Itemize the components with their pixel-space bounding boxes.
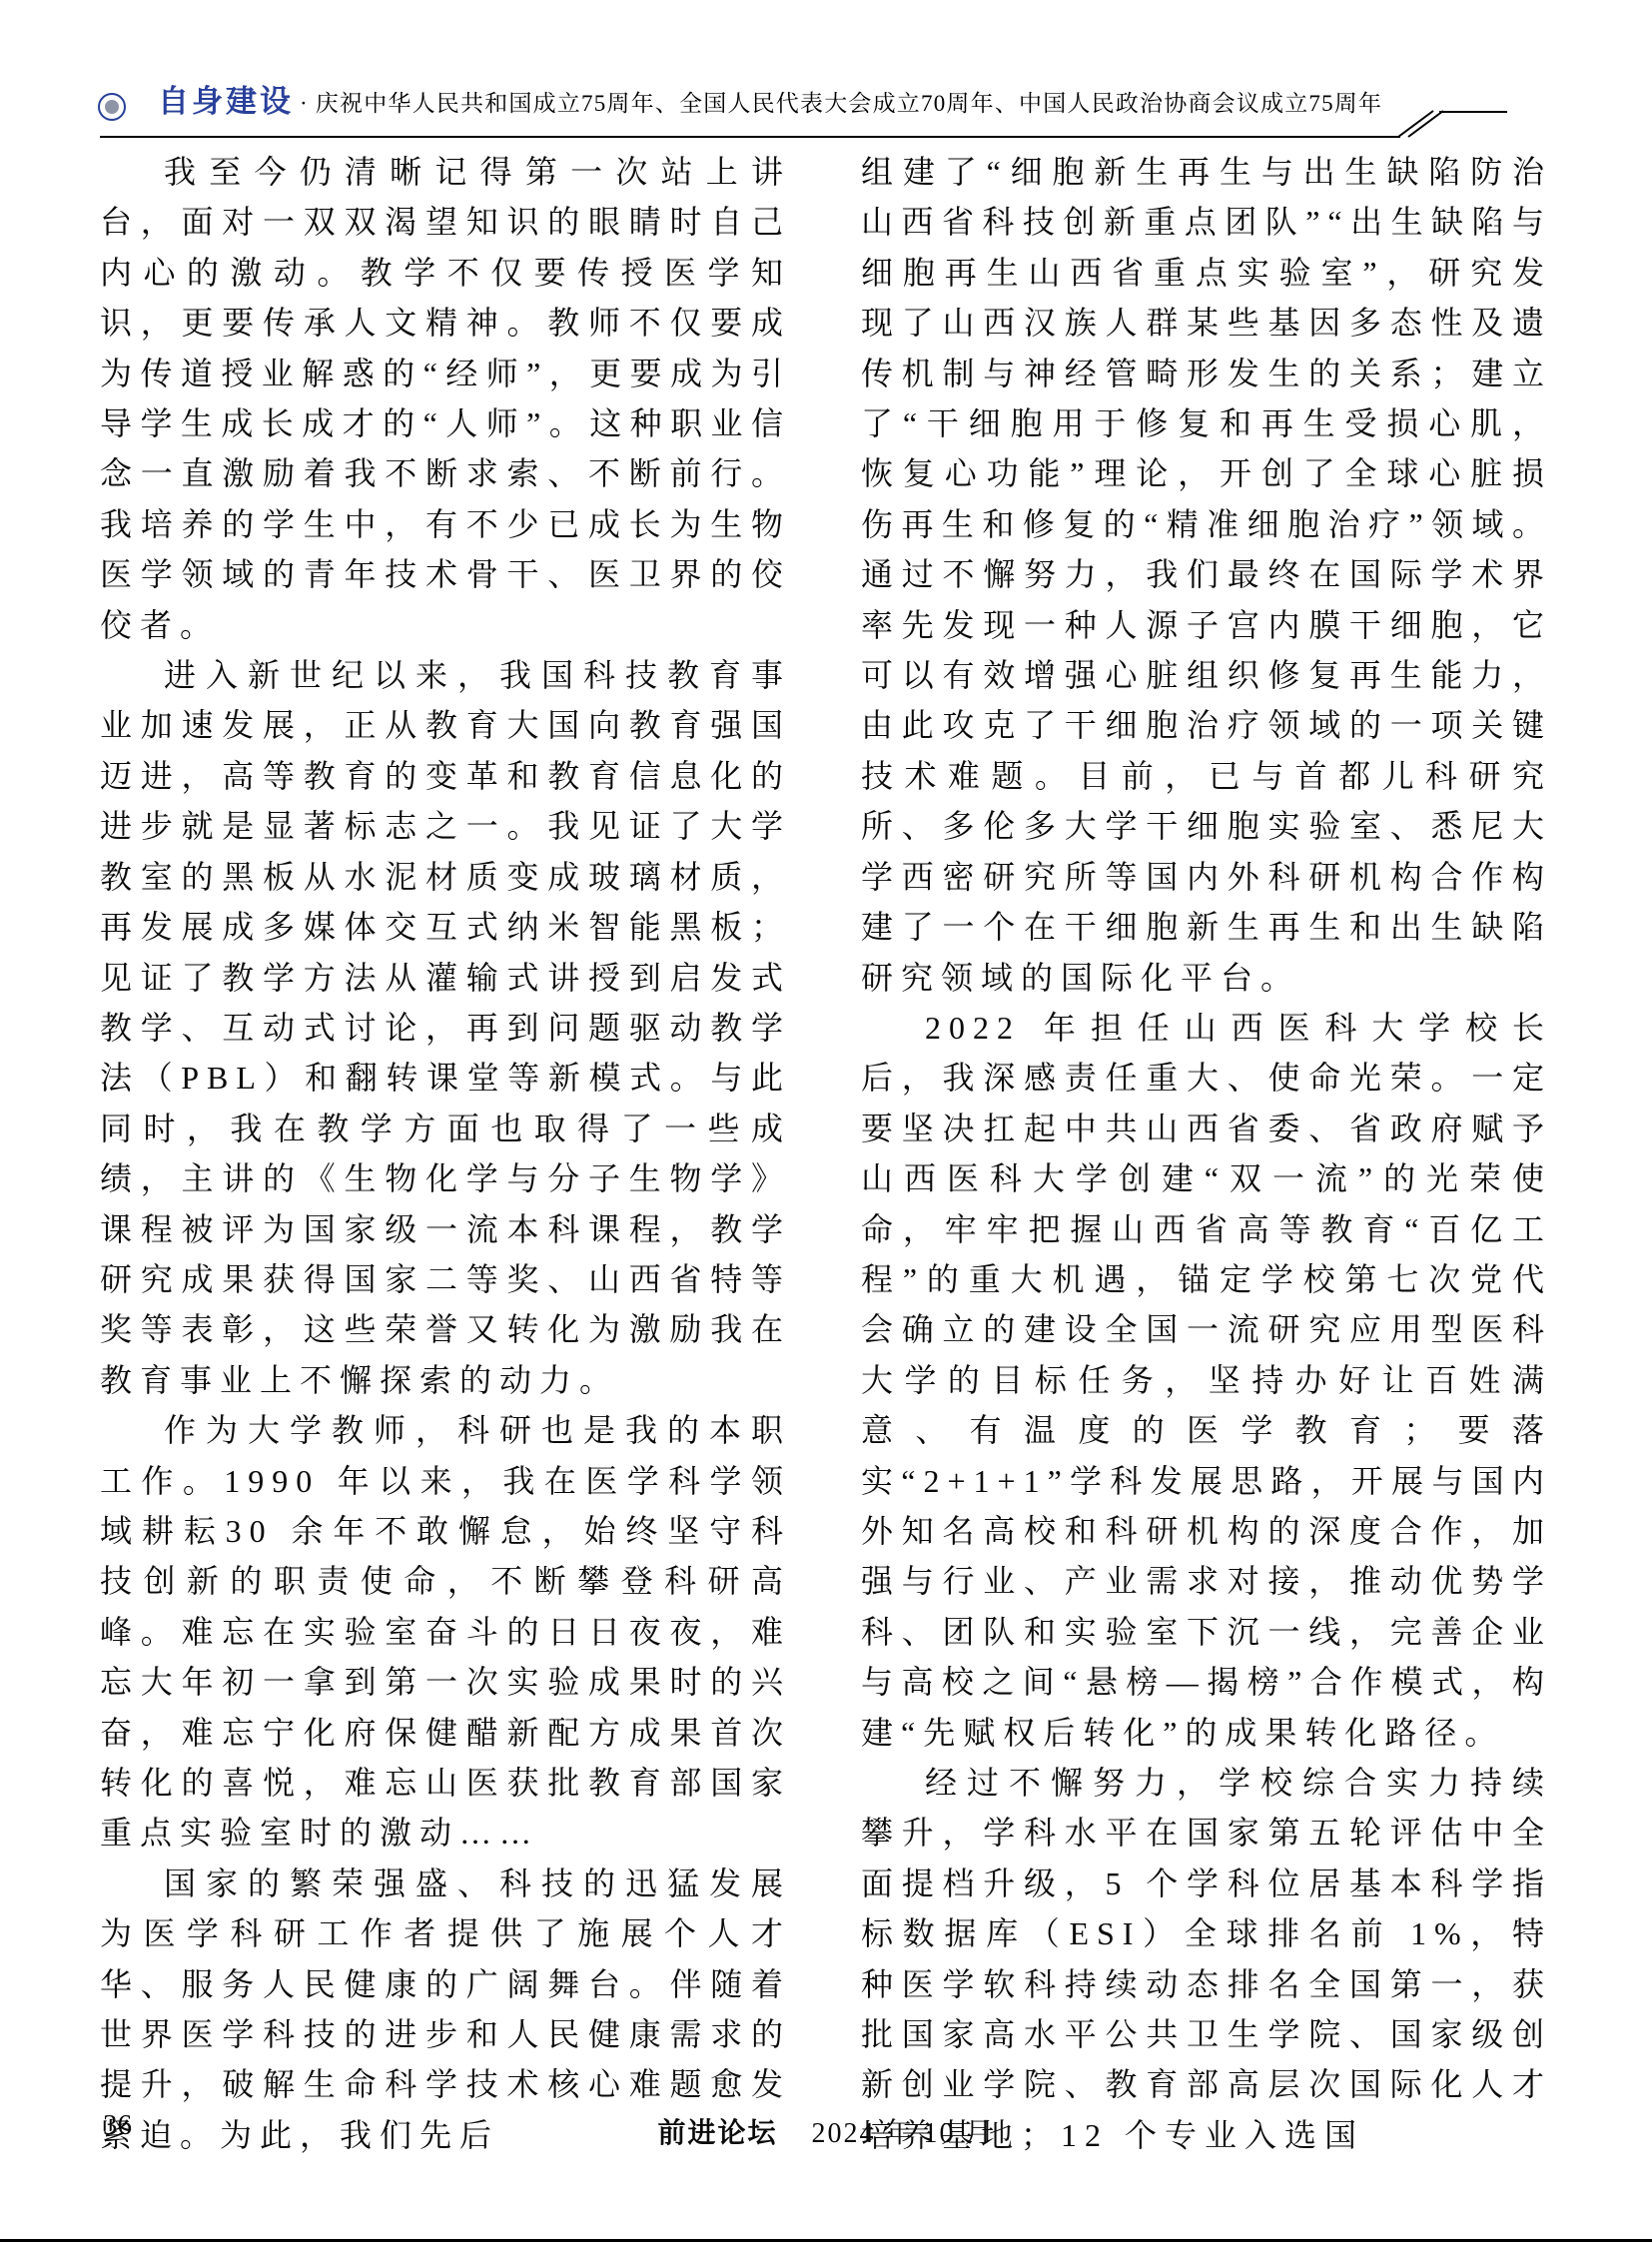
paragraph: 作为大学教师，科研也是我的本职工作。1990 年以来，我在医学科学领域耕耘30 … bbox=[100, 1405, 791, 1859]
paragraph: 我至今仍清晰记得第一次站上讲台，面对一双双渴望知识的眼睛时自己内心的激动。教学不… bbox=[100, 147, 791, 650]
article-column-right: 组建了“细胞新生再生与出生缺陷防治山西省科技创新重点团队”“出生缺陷与细胞再生山… bbox=[861, 147, 1552, 2160]
section-title: 自身建设 bbox=[158, 76, 294, 121]
paragraph: 进入新世纪以来，我国科技教育事业加速发展，正从教育大国向教育强国迈进，高等教育的… bbox=[100, 650, 791, 1405]
circle-dot-icon bbox=[98, 93, 126, 121]
issue-date: 2024 年 10 月 bbox=[812, 2118, 995, 2149]
article-column-left: 我至今仍清晰记得第一次站上讲台，面对一双双渴望知识的眼睛时自己内心的激动。教学不… bbox=[100, 147, 791, 2160]
header-rule bbox=[100, 136, 1400, 138]
paragraph: 组建了“细胞新生再生与出生缺陷防治山西省科技创新重点团队”“出生缺陷与细胞再生山… bbox=[861, 147, 1552, 1003]
footer: 前进论坛2024 年 10 月 bbox=[0, 2111, 1652, 2151]
journal-name: 前进论坛 bbox=[657, 2118, 777, 2149]
paragraph: 2022 年担任山西医科大学校长后，我深感责任重大、使命光荣。一定要坚决扛起中共… bbox=[861, 1003, 1552, 1758]
circle-dot-inner bbox=[105, 100, 119, 114]
magazine-page: 自身建设 · 庆祝中华人民共和国成立75周年、全国人民代表大会成立70周年、中国… bbox=[0, 0, 1652, 2242]
header-rule-decoration bbox=[1393, 104, 1523, 140]
paragraph: 经过不懈努力，学校综合实力持续攀升，学科水平在国家第五轮评估中全面提档升级，5 … bbox=[861, 1758, 1552, 2160]
header-subtitle: · 庆祝中华人民共和国成立75周年、全国人民代表大会成立70周年、中国人民政治协… bbox=[300, 85, 1382, 118]
